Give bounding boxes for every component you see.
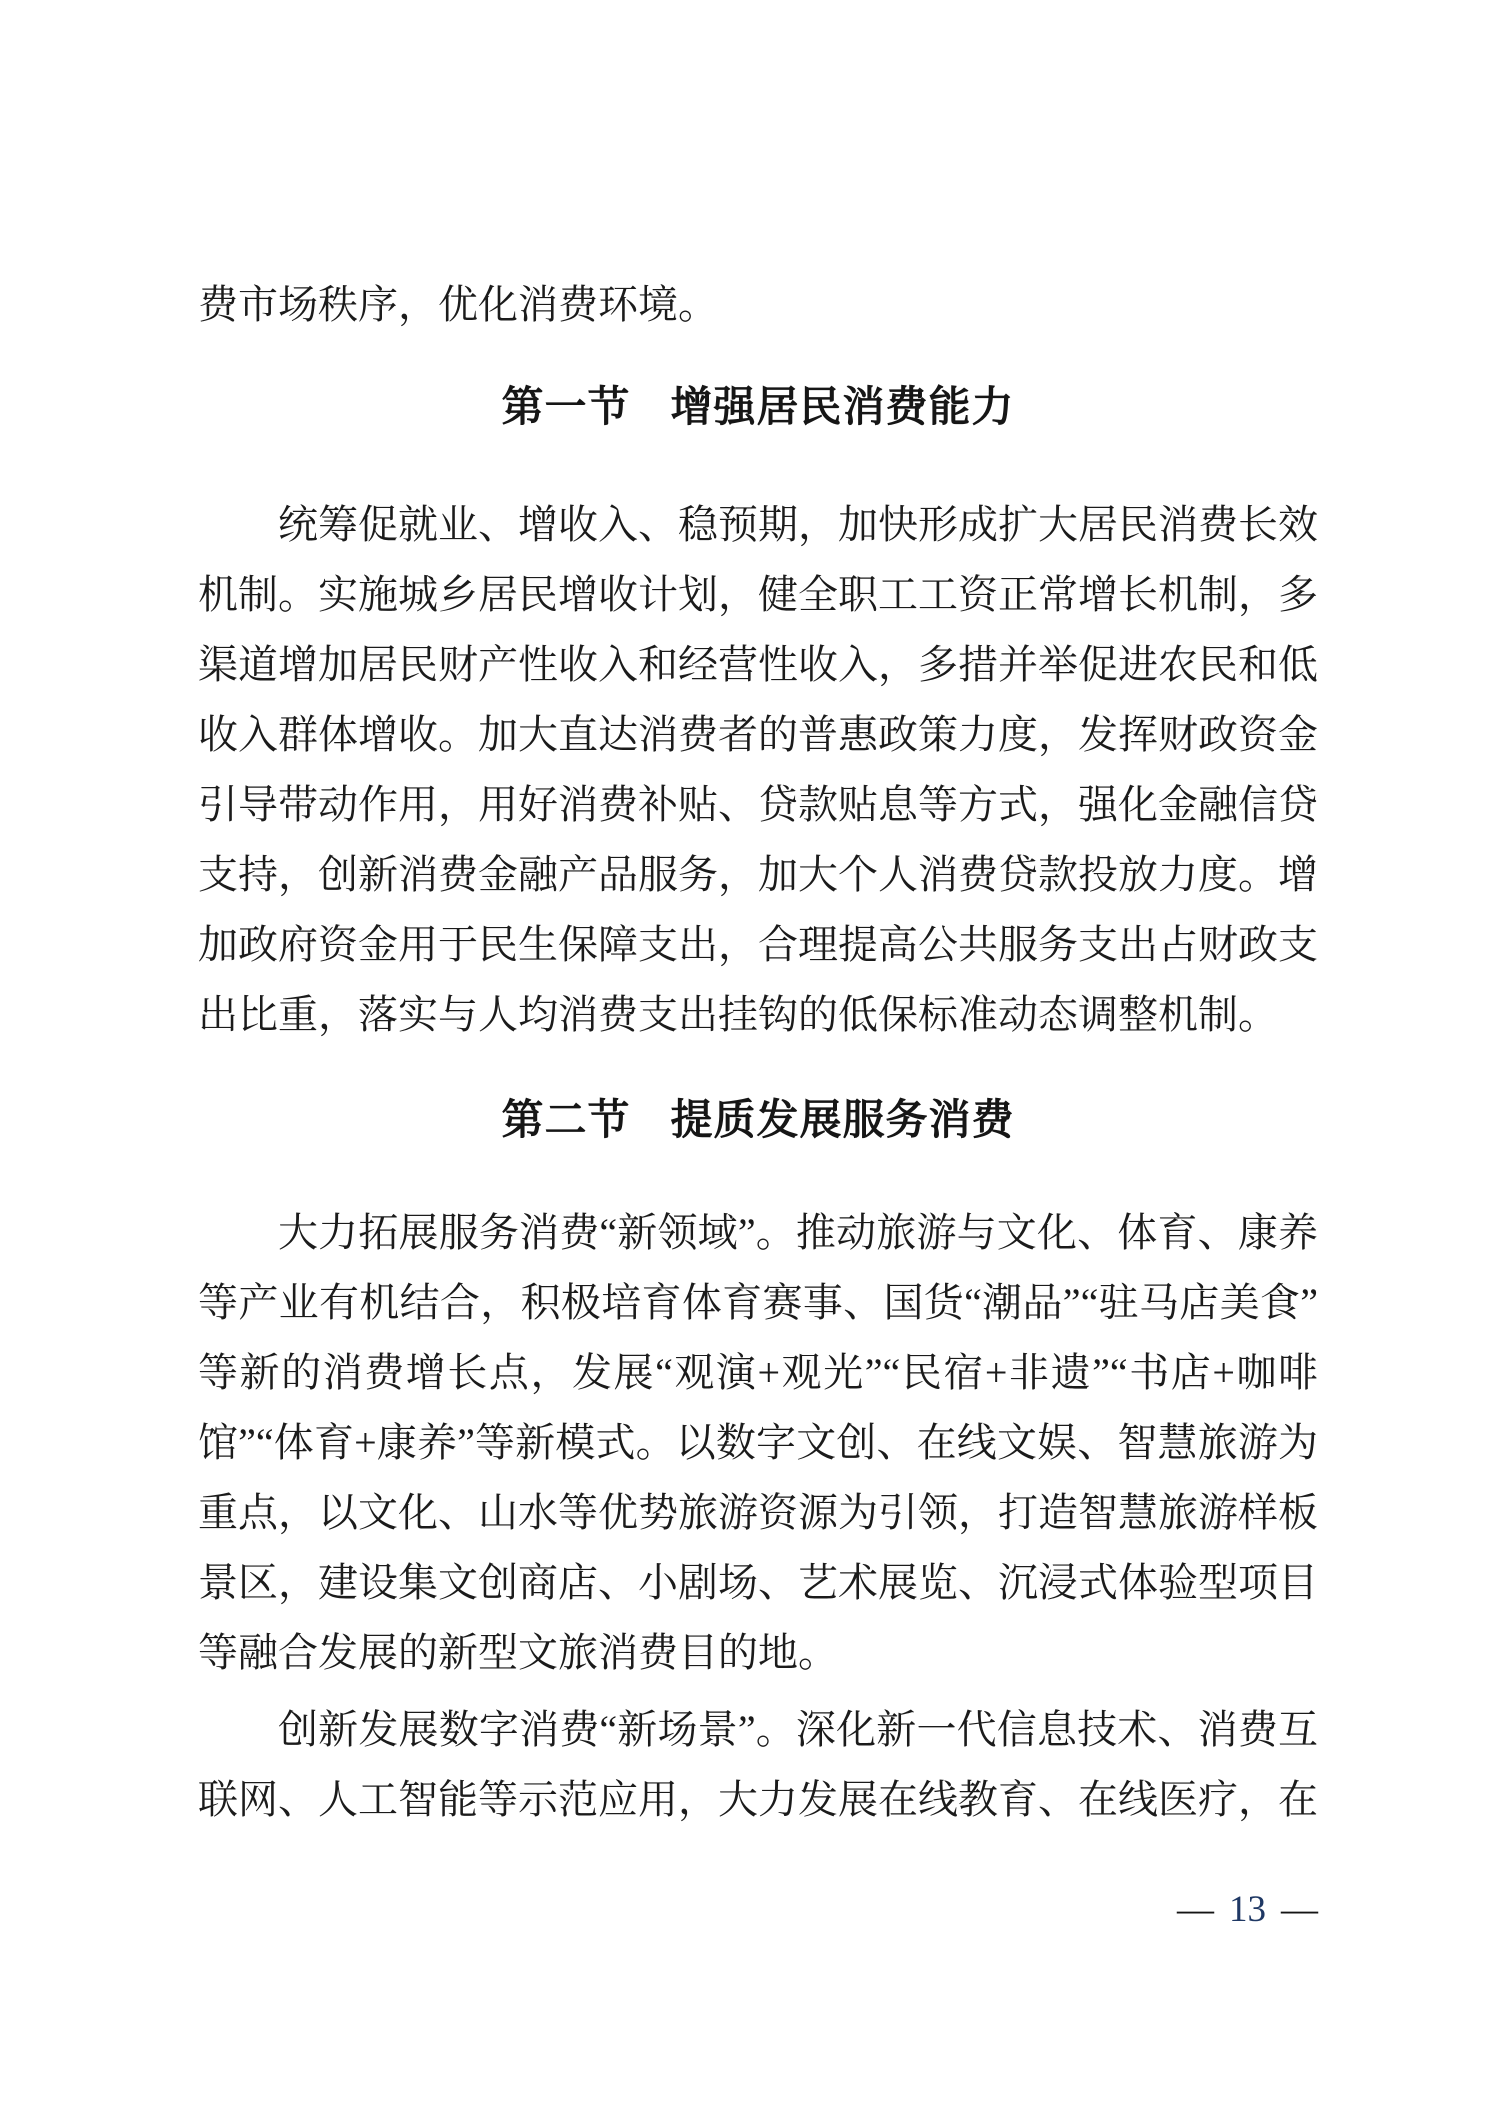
section-1-number: 第一节 [502,385,631,431]
page-content: 费市场秩序，优化消费环境。 第一节增强居民消费能力 统筹促就业、增收入、稳预期，… [198,270,1318,1835]
section-heading-1: 第一节增强居民消费能力 [198,373,1318,443]
section-heading-2: 第二节提质发展服务消费 [198,1086,1318,1156]
section-2-paragraph-2: 创新发展数字消费“新场景”。深化新一代信息技术、消费互联网、人工智能等示范应用，… [198,1695,1318,1835]
page-number: 13 [1229,1888,1266,1932]
footer-dash-left: — [1177,1888,1214,1932]
section-1-paragraph-1: 统筹促就业、增收入、稳预期，加快形成扩大居民消费长效机制。实施城乡居民增收计划，… [198,490,1318,1050]
continuation-paragraph: 费市场秩序，优化消费环境。 [198,270,1318,340]
page-footer: — 13 — [1177,1888,1318,1932]
section-2-number: 第二节 [502,1098,631,1144]
document-page: 费市场秩序，优化消费环境。 第一节增强居民消费能力 统筹促就业、增收入、稳预期，… [0,0,1486,2103]
footer-dash-right: — [1281,1888,1318,1932]
section-1-title: 增强居民消费能力 [670,385,1014,431]
section-2-paragraph-1: 大力拓展服务消费“新领域”。推动旅游与文化、体育、康养等产业有机结合，积极培育体… [198,1198,1318,1688]
section-2-title: 提质发展服务消费 [670,1098,1014,1144]
